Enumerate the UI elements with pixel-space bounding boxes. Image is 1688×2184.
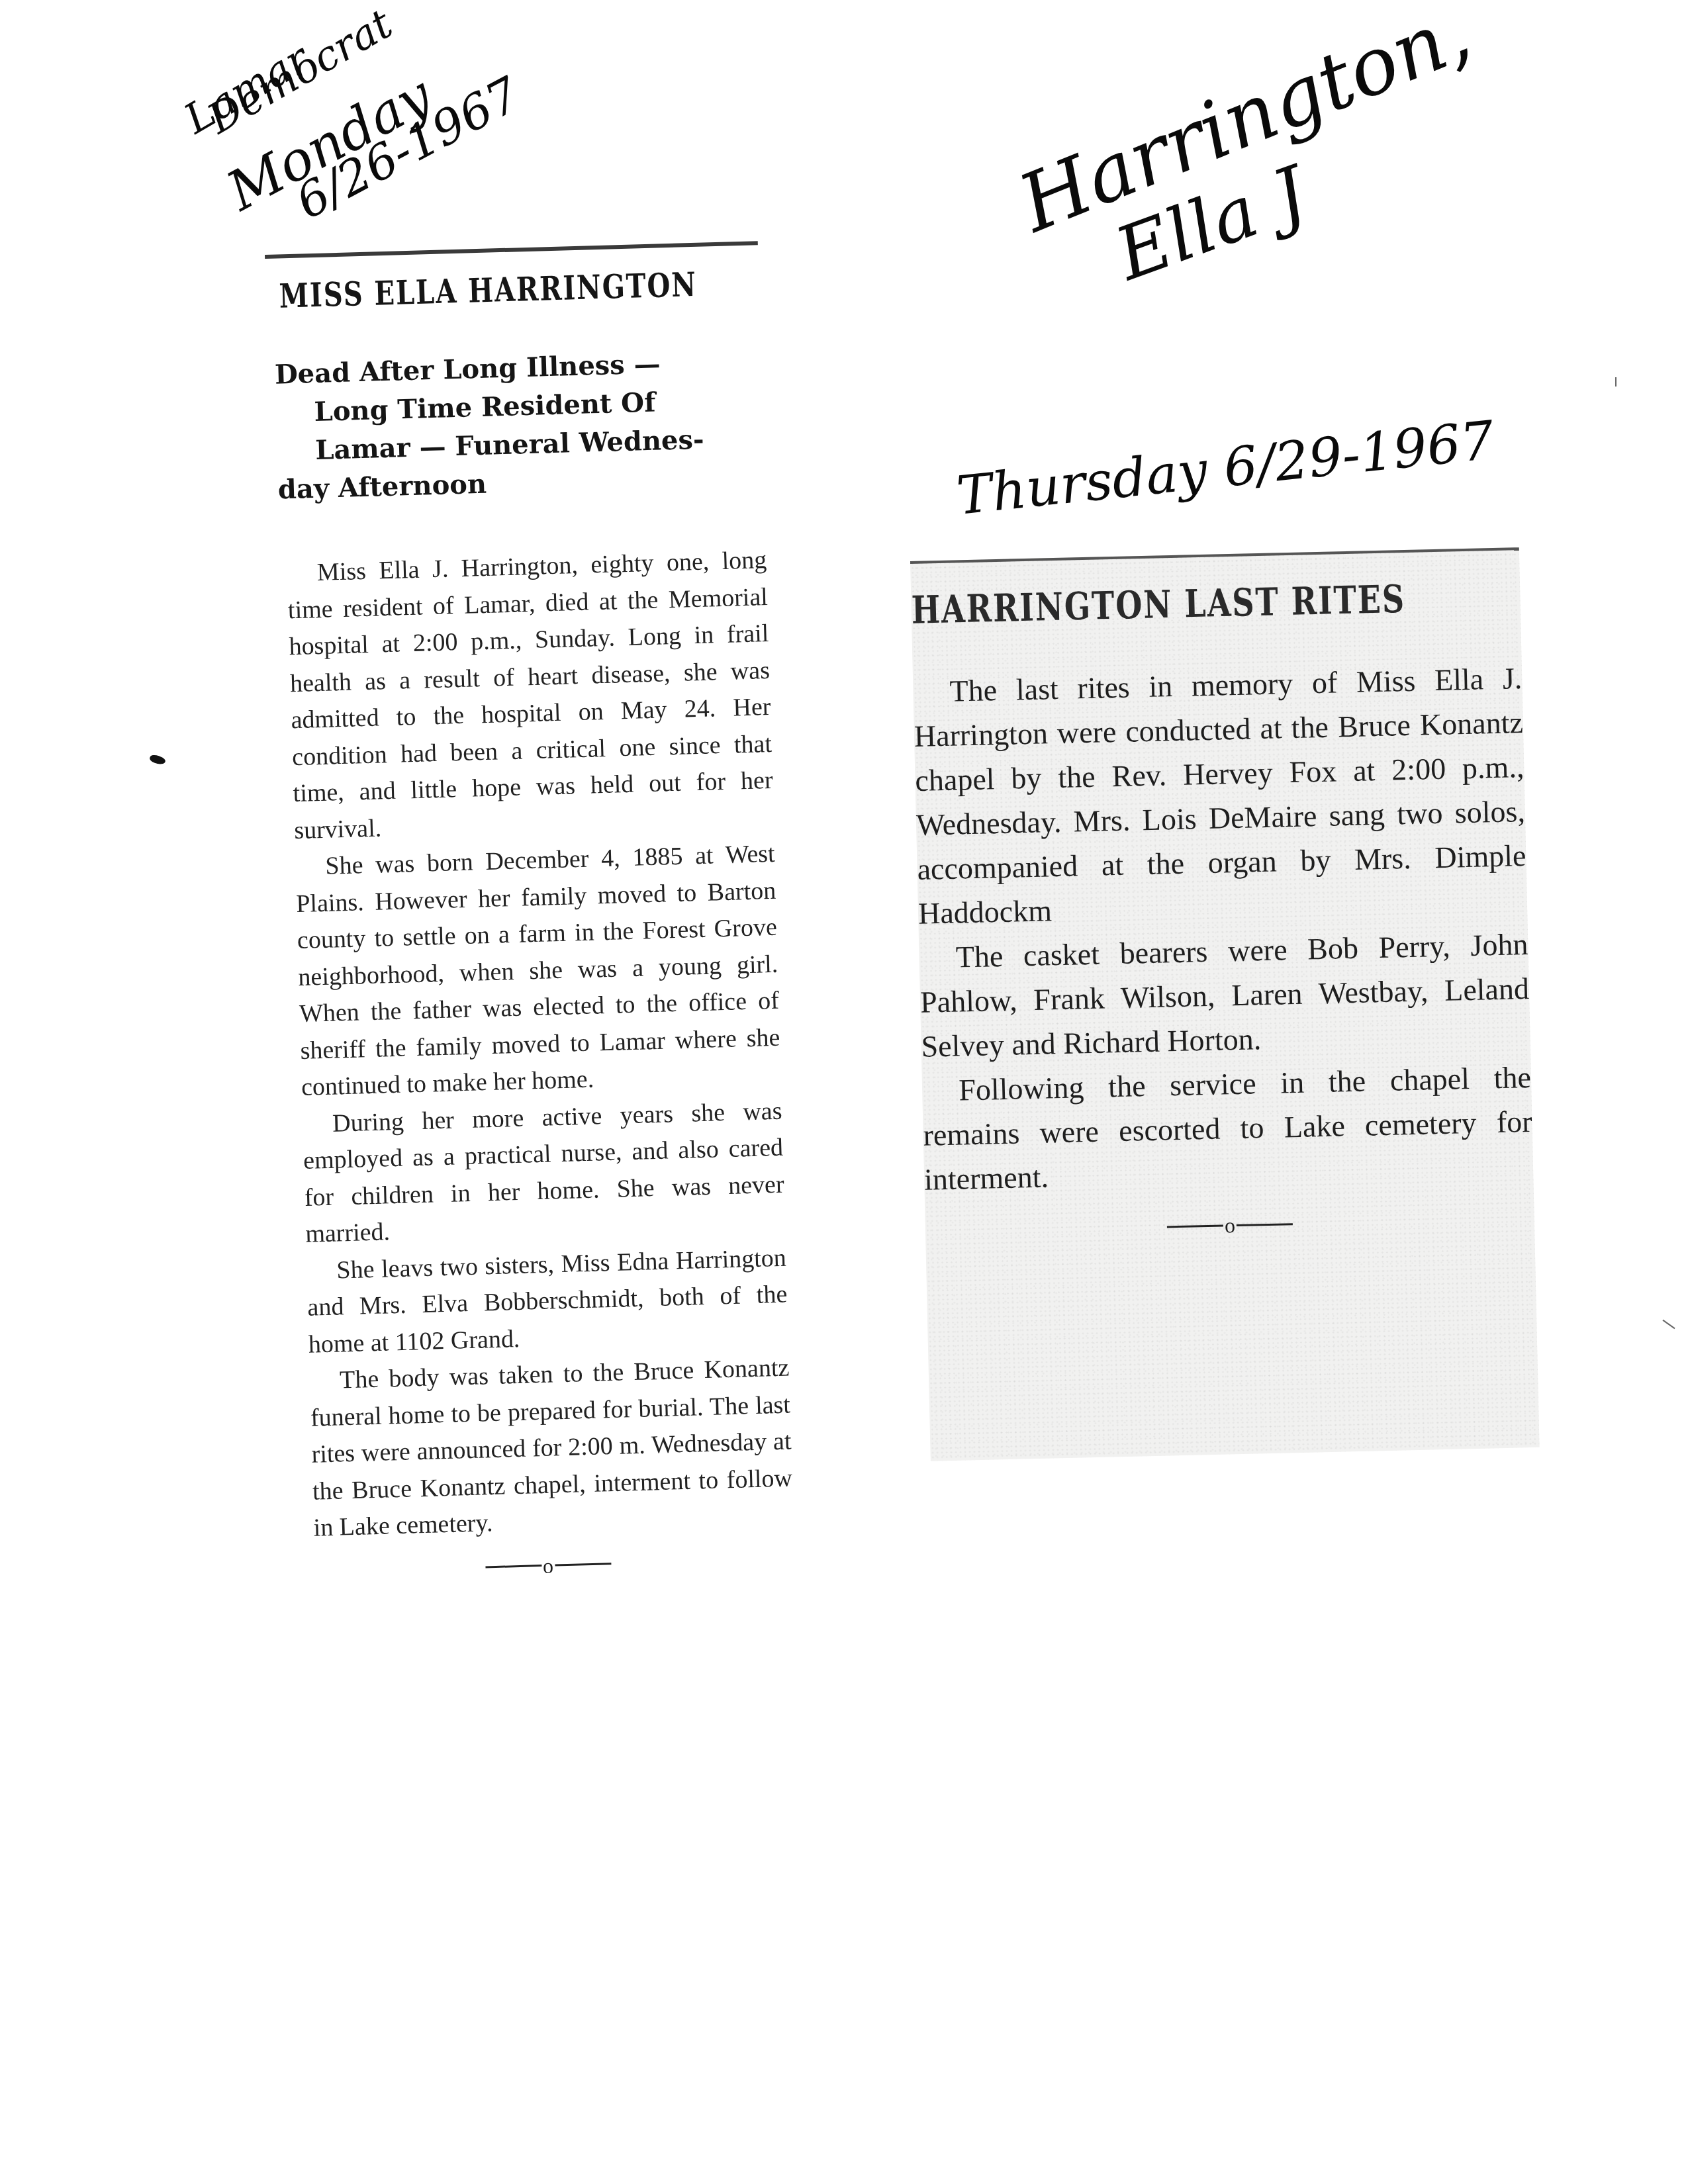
obituary-clipping: MISS ELLA HARRINGTON Dead After Long Ill… (265, 241, 805, 1935)
handwritten-second-date: Thursday 6/29-1967 (955, 414, 1497, 523)
obituary-paragraph: She was born December 4, 1885 at West Pl… (295, 836, 782, 1107)
obituary-body: Miss Ella J. Harrington, eighty one, lon… (287, 542, 794, 1547)
scan-edge-mark (1615, 377, 1617, 387)
obituary-headline: MISS ELLA HARRINGTON (279, 263, 759, 316)
divider-glyph: o (1225, 1214, 1236, 1236)
divider-line (1237, 1223, 1293, 1226)
last-rites-paragraph: The last rites in memory of Miss Ella J.… (913, 656, 1528, 936)
divider-line (1167, 1224, 1223, 1228)
obituary-paragraph: During her more active years she was emp… (302, 1093, 786, 1253)
subheadline-line: Dead After Long Illness — (274, 348, 661, 390)
last-rites-clipping: HARRINGTON LAST RITES The last rites in … (910, 547, 1540, 1461)
scan-edge-mark (1662, 1320, 1675, 1329)
end-of-article-mark: o (925, 1208, 1534, 1243)
divider-glyph: o (543, 1555, 554, 1576)
last-rites-paragraph: The casket bearers were Bob Perry, John … (919, 922, 1530, 1069)
obituary-paragraph: Miss Ella J. Harrington, eighty one, lon… (287, 542, 774, 849)
last-rites-paragraph: Following the service in the chapel the … (921, 1055, 1533, 1202)
last-rites-body: The last rites in memory of Miss Ella J.… (913, 656, 1534, 1202)
obituary-paragraph: The body was taken to the Bruce Konantz … (309, 1350, 794, 1547)
scan-smudge-mark (149, 753, 167, 766)
obituary-subheadline: Dead After Long Illness — Long Time Resi… (274, 342, 758, 509)
divider-line (555, 1563, 611, 1566)
subheadline-line: day Afternoon (277, 469, 487, 506)
obituary-paragraph: She leavs two sisters, Miss Edna Harring… (306, 1240, 788, 1363)
last-rites-headline: HARRINGTON LAST RITES (911, 574, 1521, 632)
divider-line (485, 1565, 541, 1568)
column-top-rule (265, 241, 758, 259)
end-of-article-mark: o (301, 1548, 795, 1583)
column-top-rule (910, 547, 1519, 564)
